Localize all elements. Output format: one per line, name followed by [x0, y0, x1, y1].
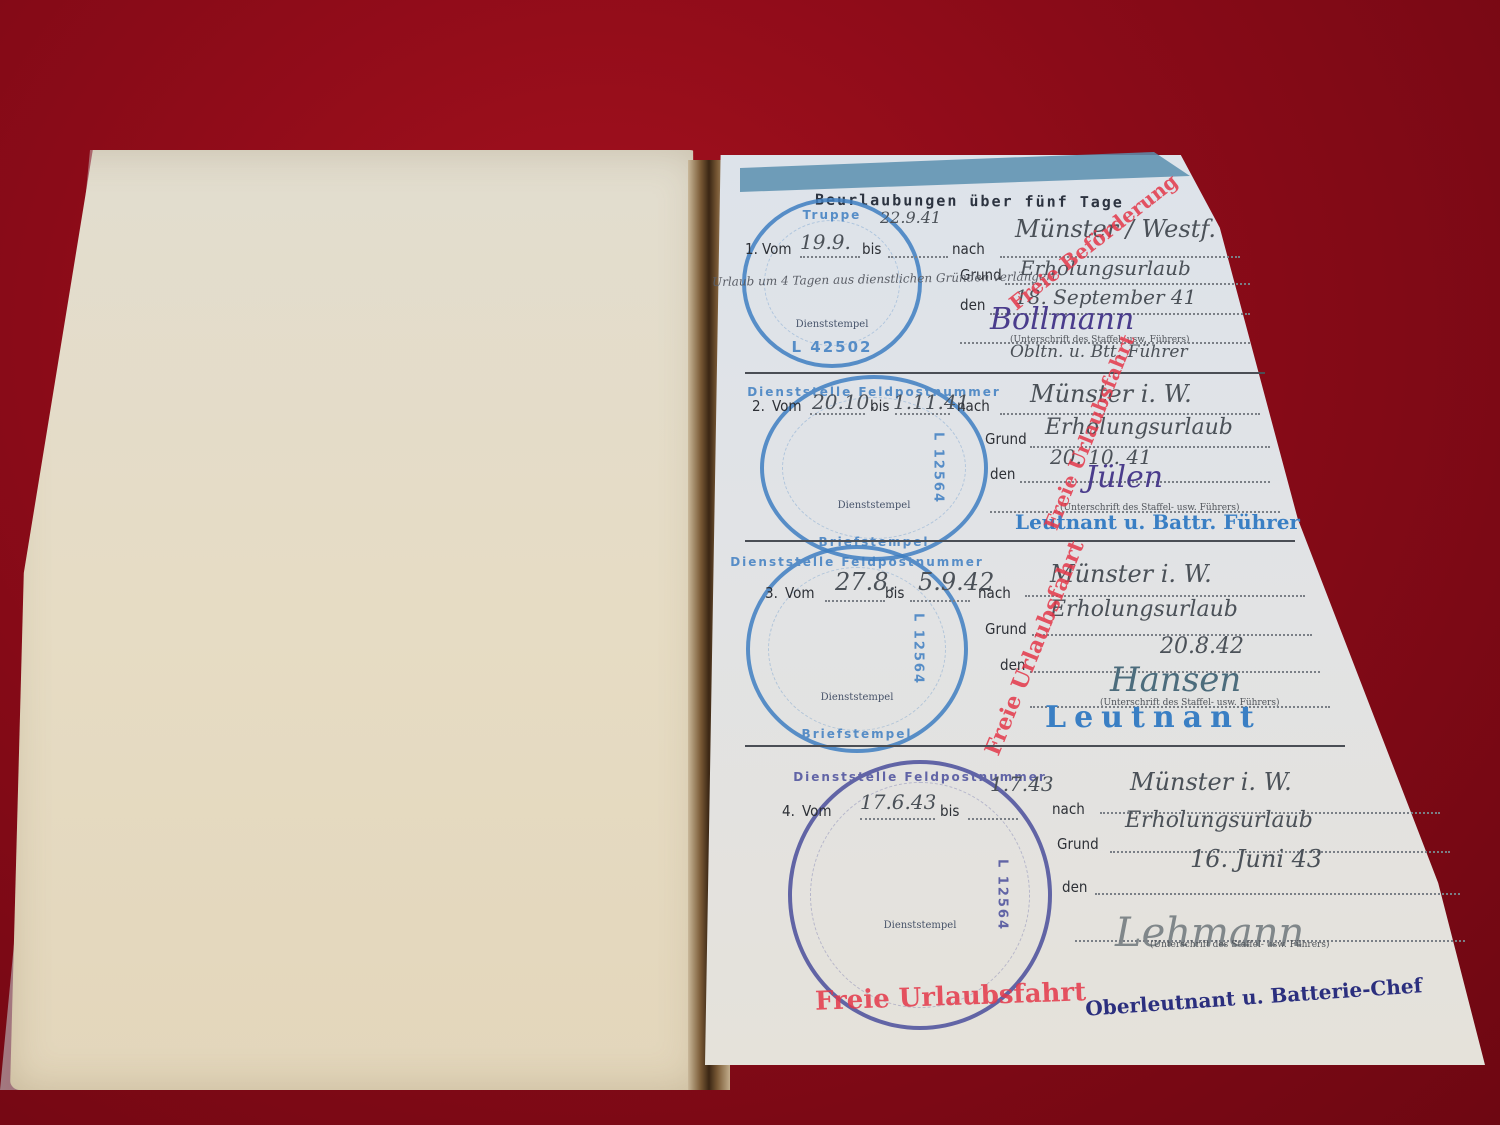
entry-4-number: 4.: [782, 802, 795, 820]
soldbuch-booklet: Beurlaubungen über fünf Tage Truppe Dien…: [0, 0, 1500, 1125]
entry-2-reason-value: Erholungsurlaub: [1045, 415, 1233, 440]
entry-3-reason-value: Erholungsurlaub: [1050, 597, 1238, 622]
entry-4-date-value: 16. Juni 43: [1190, 845, 1322, 873]
stamp-number: L 12564: [994, 859, 1009, 931]
left-page-blank: [10, 150, 700, 1090]
stamp-number: L 12564: [910, 613, 925, 685]
entry-4-from-value: 17.6.43: [860, 790, 936, 814]
stamp-ring-text: Truppe: [803, 208, 862, 222]
entry-2-from-value: 20.10.: [812, 390, 876, 414]
entry-1-date-label: den: [960, 296, 985, 314]
entry-3-signature: Hansen: [1110, 660, 1241, 700]
entry-4-reason-label: Grund: [1057, 835, 1099, 853]
stamp-bottom-text: Briefstempel: [802, 727, 913, 741]
entry-1-destination-label: nach: [952, 240, 985, 258]
entry-1-number: 1.: [745, 240, 758, 258]
entry-2-signature: Jülen: [1085, 460, 1163, 495]
entry-1-to-value: 22.9.41: [880, 208, 941, 227]
entry-2-reason-label: Grund: [985, 430, 1027, 448]
entry-2-number: 2.: [752, 397, 765, 415]
stamp-label: Dienststempel: [838, 500, 911, 511]
entry-2-date-label: den: [990, 465, 1015, 483]
entry-2-from-label: Vom: [772, 397, 801, 415]
entry-1-signature: Bollmann: [990, 302, 1134, 337]
entry-4-from-label: Vom: [802, 802, 831, 820]
stamp-number: L 42502: [792, 338, 873, 356]
entry-3-rank-stamp: Leutnant: [1045, 700, 1262, 735]
entry-4-signature-caption: (Unterschrift des Staffel- usw. Führers): [1150, 940, 1329, 950]
entry-3-number: 3.: [765, 584, 778, 602]
entry-4-reason-value: Erholungsurlaub: [1125, 808, 1313, 833]
stamp-label: Dienststempel: [821, 692, 894, 703]
entry-2-destination-label: nach: [957, 397, 990, 415]
entry-2-to-label: bis: [870, 397, 889, 415]
stamp-number: L 12564: [930, 432, 945, 504]
stamp-ring-text: Dienststelle Feldpostnummer: [730, 555, 984, 569]
entry-3-date-value: 20.8.42: [1160, 634, 1244, 659]
entry-4-destination-value: Münster i. W.: [1130, 768, 1292, 796]
entry-1-from-label: Vom: [762, 240, 791, 258]
entry-3-destination-label: nach: [978, 584, 1011, 602]
stamp-label: Dienststempel: [796, 319, 869, 330]
stamp-label: Dienststempel: [884, 920, 957, 931]
entry-3-reason-label: Grund: [985, 620, 1027, 638]
entry-3-from-label: Vom: [785, 584, 814, 602]
entry-1-rank: Obltn. u. Btt. Führer: [1010, 342, 1188, 362]
entry-4-destination-label: nach: [1052, 800, 1085, 818]
entry-1-from-value: 19.9.: [800, 230, 851, 254]
entry-4-to-label: bis: [940, 802, 959, 820]
entry-1-to-label: bis: [862, 240, 881, 258]
entry-4-to-value: 1.7.43: [990, 772, 1054, 796]
entry-3-to-label: bis: [885, 584, 904, 602]
entry-4-date-label: den: [1062, 878, 1087, 896]
